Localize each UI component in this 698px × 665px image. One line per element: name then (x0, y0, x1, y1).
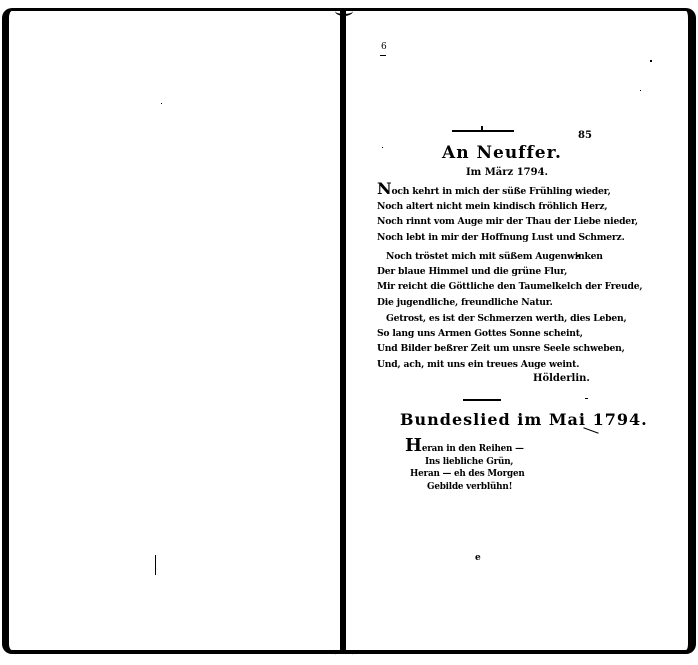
signature-mark-underline (380, 55, 386, 56)
verse-line: So lang uns Armen Gottes Sonne scheint, (377, 326, 627, 341)
verse-line: Und Bilder beßrer Zeit um unsre Seele sc… (377, 341, 627, 356)
right-page-content: 6 85 An Neuffer. Im März 1794. Noch kehr… (0, 0, 698, 665)
signature-mark: 6 (381, 42, 387, 52)
poem-1-stanza-2: Noch tröstet mich mit süßem Augenwinken … (377, 249, 642, 310)
verse-line: Mir reicht die Göttliche den Taumelkelch… (377, 279, 642, 294)
poem-1-title: An Neuffer. (442, 143, 562, 163)
drop-cap: H (405, 435, 422, 456)
poem-1-author: Hölderlin. (533, 373, 590, 384)
poem-2-title: Bundeslied im Mai 1794. (400, 410, 648, 429)
top-ornament-rule (452, 130, 514, 132)
page-number: 85 (578, 130, 592, 141)
scan-speck (576, 255, 580, 257)
verse-line: Noch kehrt in mich der süße Frühling wie… (377, 184, 638, 199)
drop-cap: N (377, 179, 391, 198)
scan-speck (161, 103, 162, 104)
scan-speck (382, 147, 383, 148)
poem-1-stanza-1: Noch kehrt in mich der süße Frühling wie… (377, 184, 638, 245)
verse-line: Noch altert nicht mein kindisch fröhlich… (377, 199, 638, 214)
scan-speck (155, 555, 156, 575)
verse-line: Noch lebt in mir der Hoffnung Lust und S… (377, 230, 638, 245)
verse-line: Heran — eh des Morgen (405, 468, 525, 481)
poem-1-subtitle: Im März 1794. (466, 167, 548, 178)
scan-speck (650, 60, 652, 62)
verse-line: Ins liebliche Grün, (405, 456, 525, 469)
catchword: e (475, 553, 481, 563)
verse-line: Getrost, es ist der Schmerzen werth, die… (377, 311, 627, 326)
poem-2-stanza-1: Heran in den Reihen — Ins liebliche Grün… (405, 441, 525, 493)
verse-line: Die jugendliche, freundliche Natur. (377, 295, 642, 310)
scan-speck (640, 90, 641, 91)
scan-speck (585, 398, 588, 399)
verse-line: Noch tröstet mich mit süßem Augenwinken (377, 249, 642, 264)
verse-line: Und, ach, mit uns ein treues Auge weint. (377, 357, 627, 372)
divider-rule (463, 399, 501, 401)
verse-line: Der blaue Himmel und die grüne Flur, (377, 264, 642, 279)
verse-line: Gebilde verblühn! (405, 481, 525, 494)
poem-1-stanza-3: Getrost, es ist der Schmerzen werth, die… (377, 311, 627, 372)
verse-line: Noch rinnt vom Auge mir der Thau der Lie… (377, 214, 638, 229)
verse-line: Heran in den Reihen — (405, 441, 525, 456)
